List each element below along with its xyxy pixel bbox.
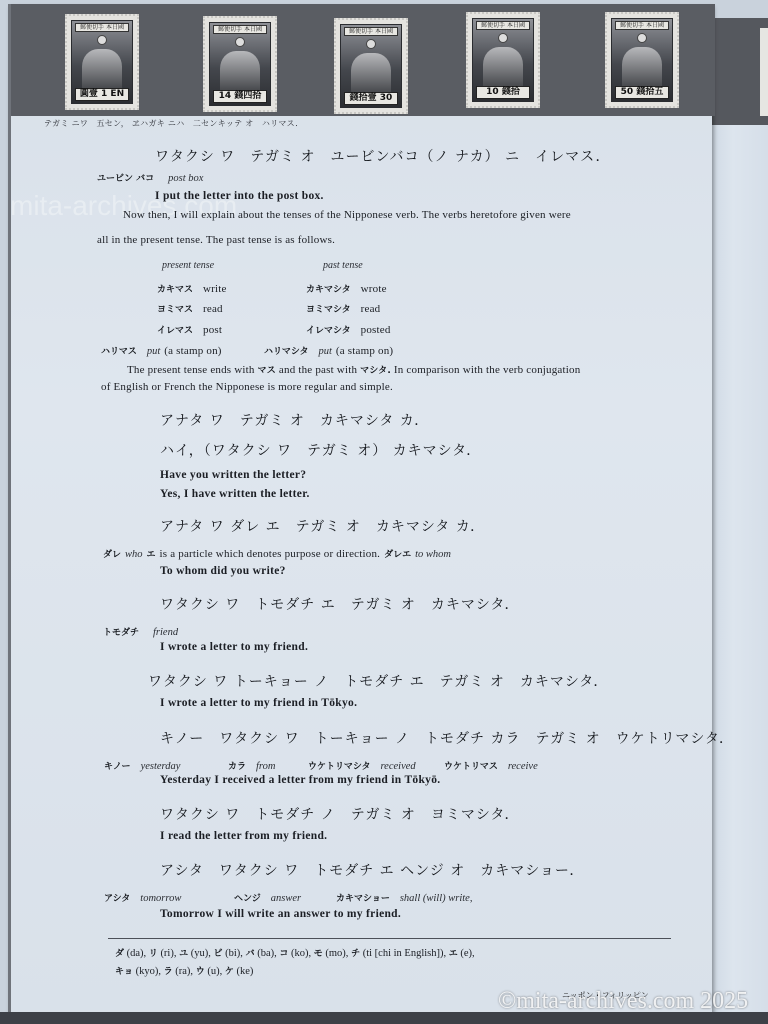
paragraph-2-line-2: of English or French the Nipponese is mo…: [101, 381, 393, 393]
shrine-illustration: [483, 47, 523, 91]
present-en: (a stamp on): [164, 345, 221, 357]
footnote-line-1: ダ (da), リ (ri), ユ (yu), ビ (bi), バ (ba), …: [115, 946, 475, 959]
sentence-5-jp: ワタクシ ワ トモダチ エ テガミ オ カキマシタ．: [160, 594, 520, 614]
tense-row-put: ハリマスput (a stamp on): [101, 341, 222, 359]
stamp-value: 錢拾壹 30: [344, 92, 398, 105]
vocab-jp: トモダチ: [103, 628, 139, 638]
present-jp: ヨミマス: [157, 305, 193, 315]
footnote-romaji: (ko),: [288, 948, 313, 959]
chrysanthemum-emblem-icon: [637, 33, 647, 43]
para2-text-a: The present tense ends with: [127, 364, 255, 376]
footnote-romaji: (ke): [234, 966, 254, 977]
para2-masu: マス: [258, 366, 276, 376]
vocab-friend: トモダチ friend: [103, 622, 178, 640]
stamp-value: 14 錢四拾: [213, 90, 267, 103]
sentence-7-jp: キノー ワタクシ ワ トーキョー ノ トモダチ カラ テガミ オ ウケトリマシタ…: [160, 728, 734, 748]
vocab-jp: ユービン バコ: [97, 174, 154, 184]
sentence-3-en: Yes, I have written the letter.: [160, 488, 310, 500]
sentence-2-jp: アナタ ワ テガミ オ カキマシタ カ．: [160, 410, 429, 430]
footnote-kana: バ: [246, 949, 255, 959]
footnote-kana: リ: [149, 949, 158, 959]
stamp-5: 郵便切手 本日國50 錢拾五: [605, 12, 679, 108]
pavilion-illustration: [622, 47, 662, 91]
pagoda-illustration: [220, 51, 260, 95]
present-jp: ハリマス: [101, 347, 137, 357]
dare-e-jp: ダレエ: [384, 550, 411, 560]
chrysanthemum-emblem-icon: [498, 33, 508, 43]
past-en: posted: [361, 324, 391, 336]
stamp-header: 郵便切手 本日國: [344, 27, 398, 36]
footnote-romaji: (kyo),: [133, 966, 164, 977]
past-en-italic: put: [318, 346, 331, 357]
footnote-kana: ビ: [214, 949, 223, 959]
footnote-kana: ラ: [164, 967, 173, 977]
vocab-jp: ウケトリマシタ: [308, 762, 370, 772]
footnote-kana: キョ: [115, 967, 133, 977]
footnote-line-2: キョ (kyo), ラ (ra), ウ (u), ケ (ke): [115, 964, 253, 977]
stamp-band: 郵便切手 本日國圓壹 1 EN 郵便切手 本日國14 錢四拾 郵便切手 本日國錢…: [11, 4, 715, 116]
sentence-3-jp: ハイ，（ワタクシ ワ テガミ オ） カキマシタ．: [160, 440, 481, 460]
footnote-kana: モ: [314, 949, 323, 959]
chrysanthemum-emblem-icon: [235, 37, 245, 47]
sentence-1-en: I put the letter into the post box.: [155, 190, 324, 202]
stamp-header: 郵便切手 本日國: [213, 25, 267, 34]
present-tense-header: present tense: [162, 260, 214, 271]
next-page-edge: [710, 18, 768, 1018]
torii-illustration: [351, 53, 391, 97]
vocab-from: カラfrom: [228, 756, 275, 774]
vocab-shall-write: カキマショーshall (will) write,: [336, 888, 472, 906]
vocab-en: answer: [271, 893, 301, 904]
vocab-en: shall (will) write,: [400, 893, 473, 904]
vocab-en: post box: [168, 173, 203, 184]
stamp-value: 圓壹 1 EN: [75, 88, 129, 101]
sentence-4-en: To whom did you write?: [160, 565, 286, 577]
vocab-jp: キノー: [104, 762, 131, 772]
sentence-4-jp: アナタ ワ ダレ エ テガミ オ カキマシタ カ．: [160, 516, 485, 536]
tense-row-read-past: ヨミマシタread: [306, 299, 380, 317]
stamp-value: 10 錢拾: [476, 86, 530, 99]
e-jp: エ: [147, 550, 156, 560]
footnote-kana: エ: [449, 949, 458, 959]
tense-row-read: ヨミマスread: [157, 299, 223, 317]
present-en: read: [203, 303, 223, 315]
vocab-tomorrow: アシタtomorrow: [104, 888, 181, 906]
footnote-divider: [108, 938, 671, 939]
vocab-receive: ウケトリマスreceive: [444, 756, 538, 774]
paragraph-2-line-1: The present tense ends with マス and the p…: [127, 363, 580, 376]
sentence-5-en: I wrote a letter to my friend.: [160, 641, 308, 653]
past-en: wrote: [361, 283, 387, 295]
footnote-kana: ユ: [179, 949, 188, 959]
vocab-received: ウケトリマシタreceived: [308, 756, 416, 774]
past-jp: カキマシタ: [306, 285, 351, 295]
stamp-4: 郵便切手 本日國10 錢拾: [466, 12, 540, 108]
e-en: is a particle which denotes purpose or d…: [160, 548, 381, 560]
sentence-6-jp: ワタクシ ワ トーキョー ノ トモダチ エ テガミ オ カキマシタ．: [148, 671, 608, 691]
past-en: read: [361, 303, 381, 315]
vocab-jp: カラ: [228, 762, 246, 772]
footnote-kana: ウ: [196, 967, 205, 977]
stamp-1: 郵便切手 本日國圓壹 1 EN: [65, 14, 139, 110]
vocab-en: friend: [153, 627, 178, 638]
vocab-en: yesterday: [141, 761, 181, 772]
footnote-kana: ケ: [225, 967, 234, 977]
dare-en: who: [125, 549, 143, 560]
chrysanthemum-emblem-icon: [366, 39, 376, 49]
watermark: ©mita-archives.com 2025: [498, 988, 748, 1015]
vocab-jp: ヘンジ: [234, 894, 261, 904]
tense-row-put-past: ハリマシタput (a stamp on): [264, 341, 393, 359]
past-en: (a stamp on): [336, 345, 393, 357]
footnote-romaji: (ri),: [158, 948, 179, 959]
stamp-3: 郵便切手 本日國錢拾壹 30: [334, 18, 408, 114]
stamp-caption: テガミ ニワ 五セン， ヱハガキ ニハ 二センキッテ オ ハリマス．: [44, 118, 304, 129]
table-surface: [0, 1012, 768, 1024]
dare-e-en: to whom: [415, 549, 451, 560]
footnote-kana: ダ: [115, 949, 124, 959]
sentence-8-jp: ワタクシ ワ トモダチ ノ テガミ オ ヨミマシタ．: [160, 804, 520, 824]
tense-row-wrote: カキマシタwrote: [306, 279, 387, 297]
footnote-kana: チ: [351, 949, 360, 959]
para2-text-b: and the past with: [279, 364, 357, 376]
sentence-7-en: Yesterday I received a letter from my fr…: [160, 774, 440, 786]
particle-note: ダレ who エ is a particle which denotes pur…: [103, 544, 451, 562]
para2-mashita: マシタ.: [360, 366, 391, 376]
past-jp: イレマシタ: [306, 326, 351, 336]
present-en: write: [203, 283, 227, 295]
dare-jp: ダレ: [103, 550, 121, 560]
stamp-header: 郵便切手 本日國: [615, 21, 669, 30]
vocab-post-box: ユービン バコ post box: [97, 168, 203, 186]
vocab-answer: ヘンジanswer: [234, 888, 301, 906]
vocab-jp: カキマショー: [336, 894, 390, 904]
sentence-1-jp: ワタクシ ワ テガミ オ ユービンバコ（ノ ナカ） ニ イレマス．: [155, 146, 611, 166]
tense-row-write: カキマスwrite: [157, 279, 227, 297]
vocab-en: tomorrow: [140, 893, 181, 904]
buddha-illustration: [82, 49, 122, 93]
paragraph-1-line-1: Now then, I will explain about the tense…: [123, 209, 571, 221]
stamp-value: 50 錢拾五: [615, 86, 669, 99]
footnote-romaji: (mo),: [323, 948, 351, 959]
vocab-en: from: [256, 761, 275, 772]
present-jp: イレマス: [157, 326, 193, 336]
present-en-italic: put: [147, 346, 160, 357]
next-page-stamp-edge: [760, 28, 768, 116]
footnote-romaji: (ra),: [173, 966, 196, 977]
footnote-romaji: (da),: [124, 948, 149, 959]
past-tense-header: past tense: [323, 260, 363, 271]
sentence-8-en: I read the letter from my friend.: [160, 830, 327, 842]
vocab-en: receive: [508, 761, 538, 772]
tense-row-post: イレマスpost: [157, 320, 222, 338]
tense-row-posted: イレマシタposted: [306, 320, 391, 338]
paragraph-1-line-2: all in the present tense. The past tense…: [97, 234, 335, 246]
footnote-romaji: (e),: [458, 948, 475, 959]
stamp-header: 郵便切手 本日國: [476, 21, 530, 30]
past-jp: ハリマシタ: [264, 347, 308, 357]
past-jp: ヨミマシタ: [306, 305, 351, 315]
footnote-romaji: (ba),: [255, 948, 280, 959]
footnote-romaji: (u),: [205, 966, 225, 977]
para2-text-c: In comparison with the verb conjugation: [394, 364, 581, 376]
chrysanthemum-emblem-icon: [97, 35, 107, 45]
present-en: post: [203, 324, 222, 336]
footnote-romaji: (yu),: [188, 948, 213, 959]
sentence-2-en: Have you written the letter?: [160, 469, 306, 481]
stamp-header: 郵便切手 本日國: [75, 23, 129, 32]
present-jp: カキマス: [157, 285, 193, 295]
vocab-jp: アシタ: [104, 894, 130, 904]
vocab-jp: ウケトリマス: [444, 762, 498, 772]
sentence-9-en: Tomorrow I will write an answer to my fr…: [160, 908, 401, 920]
vocab-yesterday: キノーyesterday: [104, 756, 180, 774]
footnote-romaji: (bi),: [223, 948, 246, 959]
sentence-9-jp: アシタ ワタクシ ワ トモダチ エ ヘンジ オ カキマショー．: [160, 860, 584, 880]
vocab-en: received: [380, 761, 415, 772]
stamp-2: 郵便切手 本日國14 錢四拾: [203, 16, 277, 112]
footnote-romaji: (ti [chi in English]),: [360, 948, 449, 959]
sentence-6-en: I wrote a letter to my friend in Tōkyo.: [160, 697, 357, 709]
